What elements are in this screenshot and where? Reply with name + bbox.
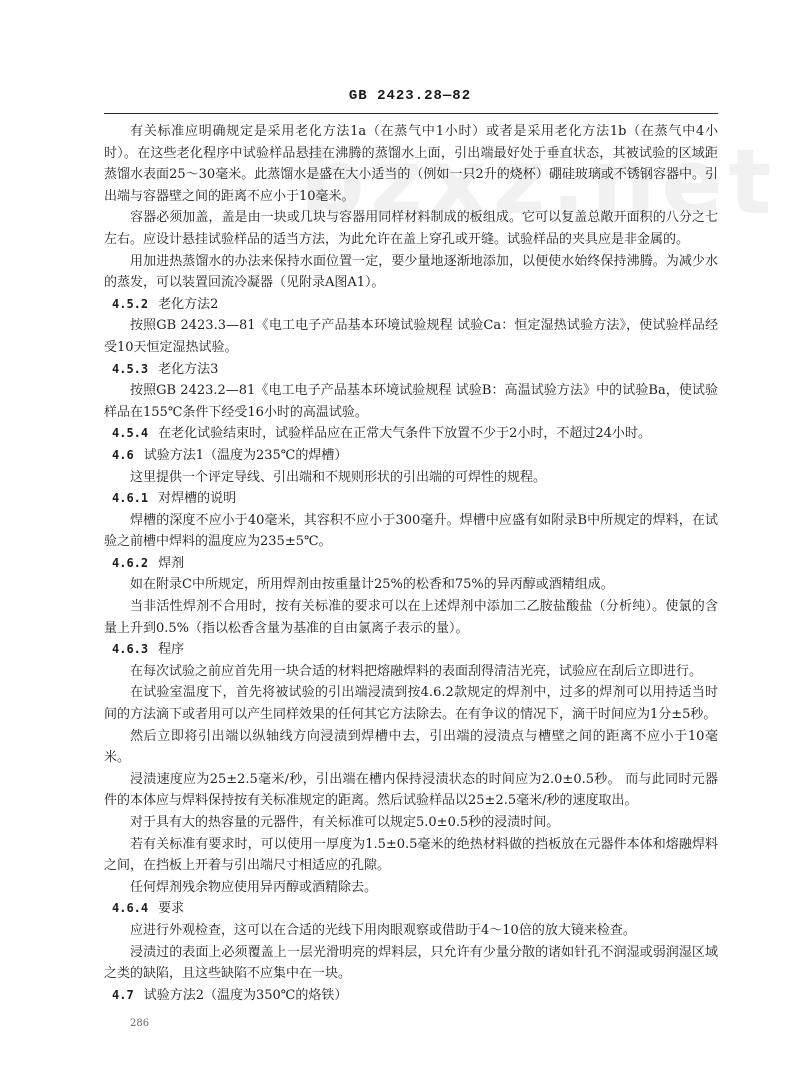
section-title: 老化方法2 bbox=[158, 297, 218, 312]
section-title: 老化方法3 bbox=[158, 362, 218, 377]
paragraph: 然后立即将引出端以纵轴线方向浸渍到焊槽中去，引出端的浸渍点与槽壁之间的距离不应小… bbox=[104, 726, 718, 769]
section-title: 要求 bbox=[158, 901, 184, 916]
paragraph: 任何焊剂残余物应使用异丙醇或酒精除去。 bbox=[104, 877, 718, 899]
section-number: 4.7 bbox=[112, 988, 134, 1002]
page-number: 286 bbox=[130, 1018, 149, 1029]
paragraph: 有关标准应明确规定是采用老化方法1a（在蒸气中1小时）或者是采用老化方法1b（在… bbox=[104, 121, 718, 207]
paragraph: 若有关标准有要求时，可以使用一厚度为1.5±0.5毫米的绝热材料做的挡板放在元器… bbox=[104, 834, 718, 877]
section-number: 4.6.4 bbox=[112, 901, 148, 915]
section-heading: 4.5.2老化方法2 bbox=[104, 294, 718, 316]
paragraph: 按照GB 2423.2—81《电工电子产品基本环境试验规程 试验B：高温试验方法… bbox=[104, 380, 718, 423]
section-number: 4.6.1 bbox=[112, 491, 148, 505]
section-heading: 4.6试验方法1（温度为235℃的焊槽） bbox=[104, 445, 718, 467]
section-title: 试验方法1（温度为235℃的焊槽） bbox=[144, 448, 348, 463]
paragraph: 浸渍速度应为25±2.5毫米/秒，引出端在槽内保持浸渍状态的时间应为2.0±0.… bbox=[104, 769, 718, 812]
paragraph: 用加进热蒸馏水的办法来保持水面位置一定，要少量地逐渐地添加，以便使水始终保持沸腾… bbox=[104, 251, 718, 294]
section-title: 试验方法2（温度为350℃的烙铁） bbox=[144, 988, 348, 1003]
paragraph: 如在附录C中所规定，所用焊剂由按重量计25%的松香和75%的异丙醇或酒精组成。 bbox=[104, 574, 718, 596]
section-heading: 4.5.4在老化试验结束时，试验样品应在正常大气条件下放置不少于2小时，不超过2… bbox=[104, 423, 718, 445]
paragraph: 当非活性焊剂不合用时，按有关标准的要求可以在上述焊剂中添加二乙胺盐酸盐（分析纯）… bbox=[104, 596, 718, 639]
document-body: 有关标准应明确规定是采用老化方法1a（在蒸气中1小时）或者是采用老化方法1b（在… bbox=[104, 121, 718, 1006]
paragraph: 对于具有大的热容量的元器件，有关标准可以规定5.0±0.5秒的浸渍时间。 bbox=[104, 812, 718, 834]
section-heading: 4.7试验方法2（温度为350℃的烙铁） bbox=[104, 985, 718, 1007]
section-title: 程序 bbox=[158, 642, 184, 657]
section-number: 4.6 bbox=[112, 448, 134, 462]
header-divider bbox=[104, 113, 718, 114]
standard-code-header: GB 2423.28—82 bbox=[104, 88, 716, 104]
section-title: 焊剂 bbox=[158, 556, 184, 571]
section-heading: 4.6.2焊剂 bbox=[104, 553, 718, 575]
paragraph: 这里提供一个评定导线、引出端和不规则形状的引出端的可焊性的规程。 bbox=[104, 467, 718, 489]
section-heading: 4.5.3老化方法3 bbox=[104, 359, 718, 381]
paragraph: 容器必须加盖，盖是由一块或几块与容器用同样材料制成的板组成。它可以复盖总敞开面积… bbox=[104, 207, 718, 250]
section-number: 4.5.4 bbox=[112, 426, 148, 440]
section-title: 对焊槽的说明 bbox=[158, 491, 236, 506]
section-heading: 4.6.4要求 bbox=[104, 898, 718, 920]
paragraph: 焊槽的深度不应小于40毫米，其容积不应小于300毫升。焊槽中应盛有如附录B中所规… bbox=[104, 510, 718, 553]
section-heading: 4.6.3程序 bbox=[104, 639, 718, 661]
paragraph: 按照GB 2423.3—81《电工电子产品基本环境试验规程 试验Ca：恒定湿热试… bbox=[104, 315, 718, 358]
section-title: 在老化试验结束时，试验样品应在正常大气条件下放置不少于2小时，不超过24小时。 bbox=[158, 426, 651, 441]
paragraph: 在每次试验之前应首先用一块合适的材料把熔融焊料的表面刮得清洁光亮，试验应在刮后立… bbox=[104, 661, 718, 683]
section-number: 4.5.2 bbox=[112, 297, 148, 311]
paragraph: 浸渍过的表面上必须覆盖上一层光滑明亮的焊料层，只允许有少量分散的诸如针孔不润湿或… bbox=[104, 942, 718, 985]
paragraph: 在试验室温度下，首先将被试验的引出端浸渍到按4.6.2款规定的焊剂中，过多的焊剂… bbox=[104, 682, 718, 725]
paragraph: 应进行外观检查，这可以在合适的光线下用肉眼观察或借助于4～10倍的放大镜来检查。 bbox=[104, 920, 718, 942]
section-number: 4.6.3 bbox=[112, 642, 148, 656]
section-heading: 4.6.1对焊槽的说明 bbox=[104, 488, 718, 510]
section-number: 4.6.2 bbox=[112, 556, 148, 570]
section-number: 4.5.3 bbox=[112, 362, 148, 376]
